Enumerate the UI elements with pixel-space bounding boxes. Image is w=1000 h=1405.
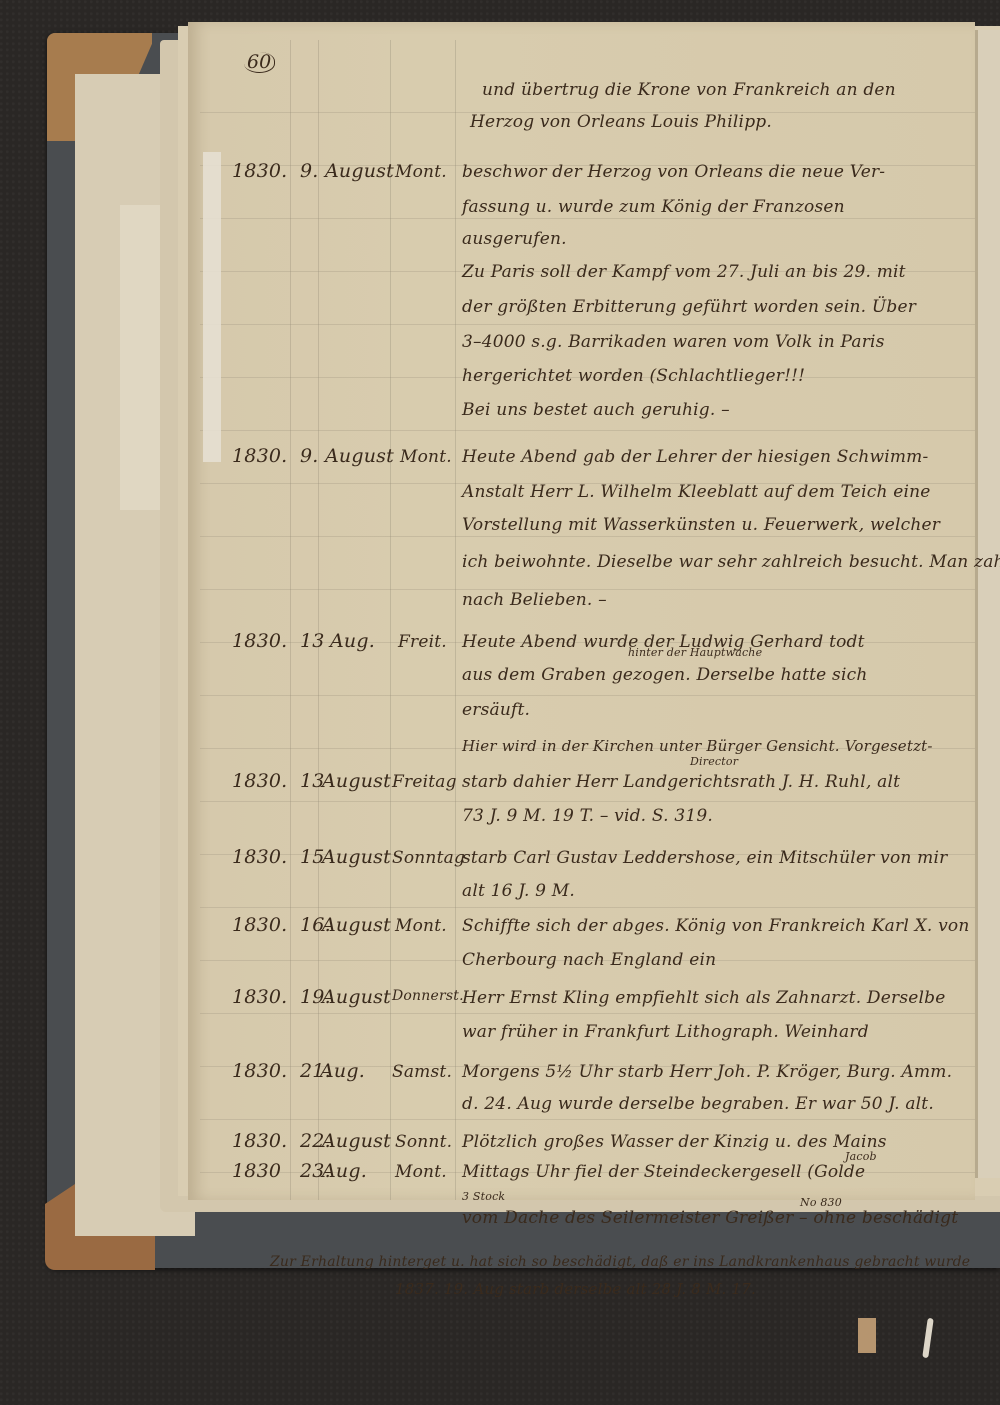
entry-year: 1830.: [232, 1060, 287, 1082]
text-line: Zu Paris soll der Kampf vom 27. Juli an …: [462, 262, 906, 282]
column-rule: [318, 40, 319, 1200]
text-line: Vorstellung mit Wasserkünsten u. Feuerwe…: [462, 515, 940, 535]
entry-month: August: [322, 986, 391, 1008]
entry-year: 1830.: [232, 630, 287, 652]
entry-weekday: Samst.: [392, 1062, 452, 1082]
entry-day: 15: [300, 846, 325, 868]
entry-month: August: [325, 160, 394, 182]
text-line: vom Dache des Seilermeister Greißer – oh…: [462, 1208, 958, 1228]
text-line: fassung u. wurde zum König der Franzosen: [462, 197, 845, 217]
entry-weekday: Donnerst.: [392, 988, 464, 1004]
footnote-line: 1837. 19. Aug starb derselbe alt 28 J. 8…: [395, 1280, 756, 1298]
entry-weekday: Freitag: [392, 772, 457, 792]
entry-year: 1830.: [232, 914, 287, 936]
text-line: starb dahier Herr Landgerichtsrath J. H.…: [462, 772, 900, 792]
text-line: starb Carl Gustav Leddershose, ein Mitsc…: [462, 848, 947, 868]
column-rule: [290, 40, 291, 1200]
interlinear-note: hinter der Hauptwache: [628, 646, 762, 659]
entry-year: 1830.: [232, 846, 287, 868]
entry-weekday: Mont.: [395, 1162, 447, 1182]
text-line: ich beiwohnte. Dieselbe war sehr zahlrei…: [462, 552, 1000, 572]
entry-weekday: Sonntag: [392, 848, 465, 868]
text-line: und übertrug die Krone von Frankreich an…: [482, 80, 896, 100]
text-line: Anstalt Herr L. Wilhelm Kleeblatt auf de…: [462, 482, 931, 502]
entry-month: August: [322, 846, 391, 868]
entry-month: August: [322, 914, 391, 936]
footnote-line: Zur Erhaltung hinterget u. hat sich so b…: [270, 1254, 970, 1270]
text-line: ausgerufen.: [462, 229, 567, 249]
entry-day: 9.: [300, 445, 319, 467]
page-underside: [858, 1318, 876, 1353]
column-rule: [390, 40, 391, 1200]
entry-month: Aug.: [330, 630, 375, 652]
text-line: der größten Erbitterung geführt worden s…: [462, 297, 916, 317]
text-line: d. 24. Aug wurde derselbe begraben. Er w…: [462, 1094, 934, 1114]
entry-year: 1830.: [232, 1130, 287, 1152]
entry-month: August: [322, 770, 391, 792]
entry-year: 1830.: [232, 160, 287, 182]
entry-year: 1830.: [232, 445, 287, 467]
text-line: 73 J. 9 M. 19 T. – vid. S. 319.: [462, 806, 713, 826]
text-line: Hier wird in der Kirchen unter Bürger Ge…: [462, 737, 933, 755]
text-line: Cherbourg nach England ein: [462, 950, 716, 970]
entry-day: 13: [300, 770, 325, 792]
entry-month: Aug.: [322, 1160, 367, 1182]
entry-weekday: Sonnt.: [395, 1132, 452, 1152]
text-line: Plötzlich großes Wasser der Kinzig u. de…: [462, 1132, 887, 1152]
page-number: 60: [244, 52, 275, 73]
entry-day: 13: [300, 630, 325, 652]
interlinear-note: Director: [690, 755, 738, 768]
endpaper-patch: [120, 205, 165, 510]
interlinear-note: 3 Stock: [462, 1190, 505, 1203]
facing-page-edge: [975, 30, 1000, 1178]
entry-year: 1830.: [232, 770, 287, 792]
text-line: war früher in Frankfurt Lithograph. Wein…: [462, 1022, 869, 1042]
entry-year: 1830: [232, 1160, 281, 1182]
entry-day: 9.: [300, 160, 319, 182]
entry-month: Aug.: [320, 1060, 365, 1082]
text-line: Morgens 5½ Uhr starb Herr Joh. P. Kröger…: [462, 1062, 952, 1082]
column-rule: [455, 40, 456, 1200]
text-line: Bei uns bestet auch geruhig. –: [462, 400, 730, 420]
entry-weekday: Mont.: [395, 916, 447, 936]
entry-month: August: [325, 445, 394, 467]
text-line: alt 16 J. 9 M.: [462, 881, 575, 901]
text-line: hergerichtet worden (Schlachtlieger!!!: [462, 366, 805, 386]
paper-repair-patch: [203, 152, 221, 462]
entry-weekday: Mont.: [395, 162, 447, 182]
ruled-lines: [200, 60, 975, 1180]
entry-month: August: [322, 1130, 391, 1152]
text-line: Mittags Uhr fiel der Steindeckergesell (…: [462, 1162, 865, 1182]
text-line: nach Belieben. –: [462, 590, 607, 610]
entry-weekday: Freit.: [398, 632, 447, 652]
entry-weekday: Mont.: [400, 447, 452, 467]
text-line: aus dem Graben gezogen. Derselbe hatte s…: [462, 665, 867, 685]
text-line: Herr Ernst Kling empfiehlt sich als Zahn…: [462, 988, 946, 1008]
text-line: beschwor der Herzog von Orleans die neue…: [462, 162, 885, 182]
entry-year: 1830.: [232, 986, 287, 1008]
text-line: Herzog von Orleans Louis Philipp.: [470, 112, 772, 132]
text-line: Heute Abend gab der Lehrer der hiesigen …: [462, 447, 928, 467]
text-line: Schiffte sich der abges. König von Frank…: [462, 916, 969, 936]
text-line: 3–4000 s.g. Barrikaden waren vom Volk in…: [462, 332, 885, 352]
text-line: ersäuft.: [462, 700, 530, 720]
